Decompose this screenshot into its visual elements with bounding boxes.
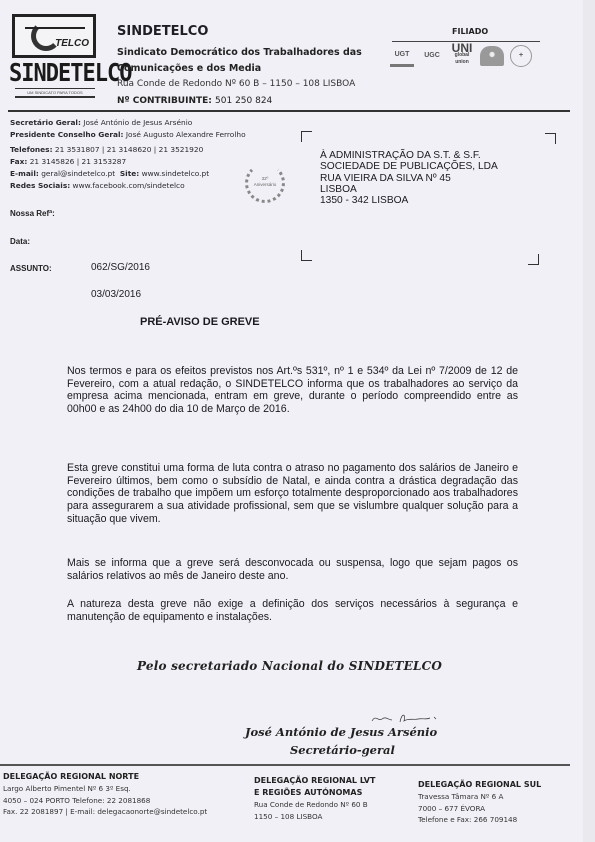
paragraph-cancellation: Mais se informa que a greve será desconv… bbox=[67, 557, 518, 582]
page-edge-shadow bbox=[583, 0, 595, 842]
reference-number: 062/SG/2016 bbox=[91, 262, 150, 273]
logo-wordmark: SINDETELCO bbox=[9, 59, 99, 88]
site-label: Site: bbox=[120, 169, 139, 178]
delegation-north-address: Largo Alberto Pimentel Nº 6 3º Esq. bbox=[3, 783, 207, 795]
letter-title: PRÉ-AVISO DE GREVE bbox=[140, 316, 260, 328]
uni-label: UNI bbox=[452, 45, 473, 52]
delegation-north-city-phone: 4050 – 024 PORTO Telefone: 22 2081868 bbox=[3, 795, 207, 807]
paragraph-minimum-services: A natureza desta greve não exige a defin… bbox=[67, 598, 518, 623]
emblem-icon: ✺ bbox=[480, 46, 504, 66]
delegation-lvt-subtitle: E REGIÕES AUTÓNOMAS bbox=[254, 787, 375, 799]
circle-seal-icon: + bbox=[510, 45, 532, 67]
recipient-line: LISBOA bbox=[320, 184, 498, 195]
header-divider bbox=[8, 110, 570, 112]
closing-line: Pelo secretariado Nacional do SINDETELCO bbox=[137, 659, 442, 673]
social-label: Redes Sociais: bbox=[10, 181, 70, 190]
delegation-north-fax-email: Fax. 22 2081897 | E-mail: delegacaonorte… bbox=[3, 806, 207, 818]
delegation-north-title: DELEGAÇÃO REGIONAL NORTE bbox=[3, 771, 207, 783]
signatory-role: Secretário-geral bbox=[290, 743, 395, 757]
org-address: Rua Conde de Redondo Nº 60 B – 1150 – 10… bbox=[117, 79, 355, 89]
affiliated-label: FILIADO bbox=[452, 27, 488, 36]
paragraph-legal-basis: Nos termos e para os efeitos previstos n… bbox=[67, 365, 518, 416]
signatory-name: José António de Jesus Arsénio bbox=[245, 725, 437, 739]
letter-date: 03/03/2016 bbox=[91, 289, 141, 300]
ugc-logo-icon: UGC bbox=[420, 46, 444, 66]
recipient-line: À ADMINISTRAÇÃO DA S.T. & S.F. bbox=[320, 150, 498, 161]
social-line: Redes Sociais: www.facebook.com/sindetel… bbox=[10, 180, 246, 192]
delegation-south-city: 7000 – 677 ÉVORA bbox=[418, 803, 541, 815]
fax-line: Fax: 21 3145826 | 21 3153287 bbox=[10, 156, 246, 168]
phones-label: Telefones: bbox=[10, 145, 53, 154]
delegation-lvt-title: DELEGAÇÃO REGIONAL LVT bbox=[254, 775, 375, 787]
footer-divider bbox=[0, 764, 570, 766]
handwritten-signature bbox=[370, 712, 440, 724]
fax-label: Fax: bbox=[10, 157, 27, 166]
uni-global-union-icon: UNI global union bbox=[450, 46, 474, 66]
phones-line: Telefones: 21 3531807 | 21 3148620 | 21 … bbox=[10, 144, 246, 156]
nif-label: Nº CONTRIBUINTE: bbox=[117, 96, 212, 106]
org-full-name-line2: Comunicações e dos Media bbox=[117, 61, 377, 77]
org-name: SINDETELCO bbox=[117, 24, 208, 39]
window-corner-bottom-right bbox=[528, 254, 539, 265]
delegation-lvt-city: 1150 – 108 LISBOA bbox=[254, 811, 375, 823]
logo-mini-text: TELCO bbox=[55, 38, 89, 49]
nif-value: 501 250 824 bbox=[215, 96, 272, 106]
delegation-north: DELEGAÇÃO REGIONAL NORTE Largo Alberto P… bbox=[3, 771, 207, 818]
window-corner-top-right bbox=[545, 133, 556, 144]
recipient-line: RUA VIEIRA DA SILVA Nº 45 bbox=[320, 173, 498, 184]
anniversary-text: 32º Aniversário bbox=[245, 176, 285, 188]
site-link[interactable]: www.sindetelco.pt bbox=[142, 169, 210, 178]
our-ref-label: Nossa Refª: bbox=[10, 209, 55, 218]
delegation-south-phone-fax: Telefone e Fax: 266 709148 bbox=[418, 814, 541, 826]
delegation-lvt-address: Rua Conde de Redondo Nº 60 B bbox=[254, 799, 375, 811]
delegation-south-address: Travessa Tâmara Nº 6 A bbox=[418, 791, 541, 803]
email-site-line: E-mail: geral@sindetelco.pt Site: www.si… bbox=[10, 168, 246, 180]
delegation-lvt: DELEGAÇÃO REGIONAL LVT E REGIÕES AUTÓNOM… bbox=[254, 775, 375, 822]
paragraph-reasons: Esta greve constitui uma forma de luta c… bbox=[67, 462, 518, 526]
president-line: Presidente Conselho Geral: José Augusto … bbox=[10, 129, 246, 141]
secretary-value: José António de Jesus Arsénio bbox=[83, 118, 192, 127]
affiliate-logos: UGT UGC UNI global union ✺ + bbox=[390, 44, 532, 67]
uni-sub-label: global union bbox=[450, 52, 474, 66]
org-full-name-line1: Sindicato Democrático dos Trabalhadores … bbox=[117, 45, 377, 61]
org-tax-number: Nº CONTRIBUINTE: 501 250 824 bbox=[117, 96, 272, 106]
window-corner-bottom-left bbox=[301, 250, 312, 261]
recipient-address: À ADMINISTRAÇÃO DA S.T. & S.F. SOCIEDADE… bbox=[320, 150, 498, 206]
recipient-line: 1350 - 342 LISBOA bbox=[320, 195, 498, 206]
ugt-handshake-icon: UGT bbox=[390, 44, 414, 67]
fax-value: 21 3145826 | 21 3153287 bbox=[30, 157, 127, 166]
president-label: Presidente Conselho Geral: bbox=[10, 130, 124, 139]
delegation-south-title: DELEGAÇÃO REGIONAL SUL bbox=[418, 779, 541, 791]
email-link[interactable]: geral@sindetelco.pt bbox=[41, 169, 115, 178]
logo-bar bbox=[25, 27, 85, 29]
delegation-south: DELEGAÇÃO REGIONAL SUL Travessa Tâmara N… bbox=[418, 779, 541, 826]
phones-value: 21 3531807 | 21 3148620 | 21 3521920 bbox=[55, 145, 203, 154]
sindetelco-logo: TELCO SINDETELCO UM SINDICATO PARA TODOS bbox=[9, 14, 99, 100]
anniversary-badge: 32º Aniversário bbox=[245, 163, 287, 205]
email-label: E-mail: bbox=[10, 169, 39, 178]
logo-tagline: UM SINDICATO PARA TODOS bbox=[15, 88, 95, 98]
subject-label: ASSUNTO: bbox=[10, 264, 52, 273]
window-corner-top-left bbox=[301, 131, 312, 142]
logo-emblem: TELCO bbox=[12, 14, 96, 58]
org-full-name: Sindicato Democrático dos Trabalhadores … bbox=[117, 45, 377, 77]
contact-block: Secretário Geral: José António de Jesus … bbox=[10, 117, 246, 192]
recipient-line: SOCIEDADE DE PUBLICAÇÕES, LDA bbox=[320, 161, 498, 172]
social-link[interactable]: www.facebook.com/sindetelco bbox=[73, 181, 185, 190]
secretary-line: Secretário Geral: José António de Jesus … bbox=[10, 117, 246, 129]
president-value: José Augusto Alexandre Ferrolho bbox=[126, 130, 246, 139]
secretary-label: Secretário Geral: bbox=[10, 118, 81, 127]
date-label: Data: bbox=[10, 237, 30, 246]
anniversary-label: Aniversário bbox=[245, 182, 285, 188]
